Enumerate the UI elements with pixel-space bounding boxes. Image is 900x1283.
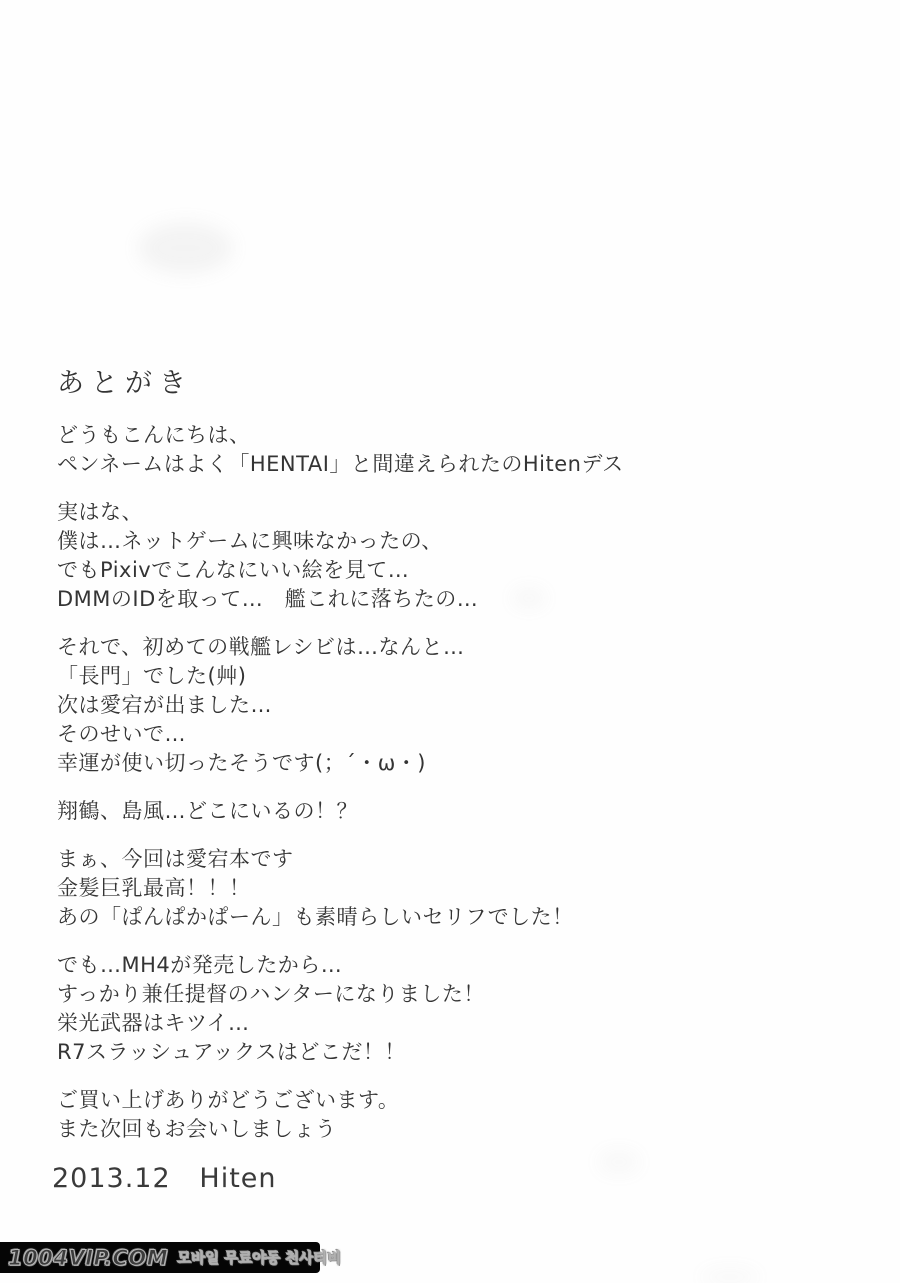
text-line: ペンネームはよく「HENTAI」と間違えられたのHitenデス xyxy=(57,450,847,479)
paragraph: でも…MH4が発売したから…すっかり兼任提督のハンターになりました！栄光武器はキ… xyxy=(57,951,847,1067)
watermark-tagline-text: 모바일 무료야동 천사티비 xyxy=(177,1247,341,1268)
text-line: R7スラッシュアックスはどこだ！！ xyxy=(57,1038,847,1067)
scan-smudge xyxy=(138,222,233,274)
text-line: 栄光武器はキツイ… xyxy=(57,1009,847,1038)
text-line: ご買い上げありがどうございます。 xyxy=(57,1086,847,1115)
text-line: どうもこんにちは、 xyxy=(57,421,847,450)
paragraph: 翔鶴、島風…どこにいるの！？ xyxy=(57,797,847,826)
scan-smudge xyxy=(700,1268,760,1283)
afterword-text: どうもこんにちは、ペンネームはよく「HENTAI」と間違えられたのHitenデス… xyxy=(57,421,847,1144)
text-line: 「長門」でした(艸) xyxy=(57,662,847,691)
watermark-bar: 1004VIP.COM 모바일 무료야동 천사티비 xyxy=(0,1242,320,1273)
watermark-site-text: 1004VIP.COM xyxy=(8,1246,168,1270)
afterword-content: あとがき どうもこんにちは、ペンネームはよく「HENTAI」と間違えられたのHi… xyxy=(57,368,847,1194)
text-line: 僕は…ネットゲームに興味なかったの、 xyxy=(57,527,847,556)
text-line: 幸運が使い切ったそうです(；´・ω・) xyxy=(57,749,847,778)
paragraph: どうもこんにちは、ペンネームはよく「HENTAI」と間違えられたのHitenデス xyxy=(57,421,847,479)
paragraph: それで、初めての戦艦レシビは…なんと…「長門」でした(艸)次は愛宕が出ました…そ… xyxy=(57,633,847,778)
scanned-afterword-page: あとがき どうもこんにちは、ペンネームはよく「HENTAI」と間違えられたのHi… xyxy=(0,0,900,1283)
paragraph: まぁ、今回は愛宕本です金髪巨乳最高！！！あの「ぱんぱかぱーん」も素晴らしいセリフ… xyxy=(57,845,847,932)
signature-line: 2013.12 Hiten xyxy=(52,1163,847,1194)
page-title: あとがき xyxy=(57,368,847,400)
paragraph: 実はな、僕は…ネットゲームに興味なかったの、でもPixivでこんなにいい絵を見て… xyxy=(57,498,847,614)
text-line: まぁ、今回は愛宕本です xyxy=(57,845,847,874)
text-line: DMMのIDを取って… 艦これに落ちたの… xyxy=(57,585,847,614)
text-line: あの「ぱんぱかぱーん」も素晴らしいセリフでした！ xyxy=(57,903,847,932)
text-line: また次回もお会いしましょう xyxy=(57,1115,847,1144)
text-line: 翔鶴、島風…どこにいるの！？ xyxy=(57,797,847,826)
text-line: でも…MH4が発売したから… xyxy=(57,951,847,980)
text-line: それで、初めての戦艦レシビは…なんと… xyxy=(57,633,847,662)
text-line: そのせいで… xyxy=(57,720,847,749)
text-line: でもPixivでこんなにいい絵を見て… xyxy=(57,556,847,585)
text-line: 金髪巨乳最高！！！ xyxy=(57,874,847,903)
text-line: すっかり兼任提督のハンターになりました！ xyxy=(57,980,847,1009)
text-line: 実はな、 xyxy=(57,498,847,527)
text-line: 次は愛宕が出ました… xyxy=(57,691,847,720)
paragraph: ご買い上げありがどうございます。また次回もお会いしましょう xyxy=(57,1086,847,1144)
